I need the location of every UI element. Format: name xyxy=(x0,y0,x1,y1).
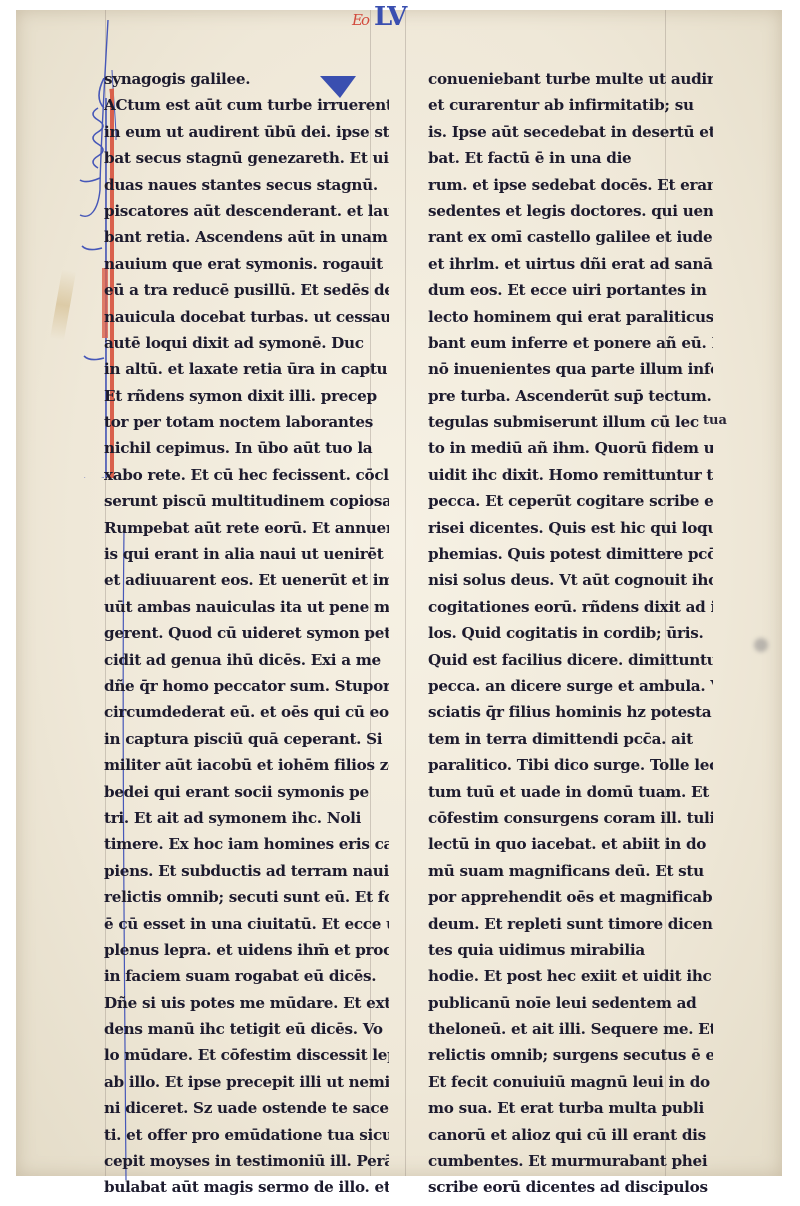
text-line: bant eum inferre et ponere añ eū. Et xyxy=(428,330,713,356)
text-line: plenus lepra. et uidens ihm̄ et procidēs xyxy=(104,937,389,963)
text-line: militer aūt iacobū et iohēm filios ze xyxy=(104,752,389,778)
text-line: eū a tra reducē pusillū. Et sedēs de xyxy=(104,277,389,303)
text-line: gerent. Quod cū uideret symon petrus. p xyxy=(104,620,389,646)
text-line: cumbentes. Et murmurabant phei et xyxy=(428,1148,713,1174)
text-line: sedentes et legis doctores. qui uene xyxy=(428,198,713,224)
text-line: dens manū ihc tetigit eū dicēs. Vo xyxy=(104,1016,389,1042)
text-line: duas naues stantes secus stagnū. xyxy=(104,172,389,198)
text-line: bat. Et factū ē in una die xyxy=(428,145,713,171)
text-line: por apprehendit oēs et magnificabāt xyxy=(428,884,713,910)
text-line: et ihrlm. et uirtus dñi erat ad sanā xyxy=(428,251,713,277)
text-line: cepit moyses in testimoniū ill. Perām xyxy=(104,1148,389,1174)
running-header-prefix: Eo xyxy=(352,11,368,29)
text-line: tem in terra dimittendi pcc̄a. ait xyxy=(428,726,713,752)
text-line: Rumpebat aūt rete eorū. Et annuerunt soc… xyxy=(104,515,389,541)
text-line: in faciem suam rogabat eū dicēs. xyxy=(104,963,389,989)
text-line: nō inuenientes qua parte illum inferrent xyxy=(428,356,713,382)
text-line: ab illo. Et ipse precepit illi ut nemi xyxy=(104,1069,389,1095)
text-line: et adiuuarent eos. Et uenerūt et imple xyxy=(104,567,389,593)
text-line: Dñe si uis potes me mūdare. Et extē xyxy=(104,990,389,1016)
left-text-column: synagogis galilee. ACtum est aūt cum tur… xyxy=(104,66,389,1201)
text-line: mo sua. Et erat turba multa publi xyxy=(428,1095,713,1121)
ink-smudge xyxy=(754,638,768,652)
text-line: nauium que erat symonis. rogauit xyxy=(104,251,389,277)
text-line: serunt piscū multitudinem copiosam. xyxy=(104,488,389,514)
text-line: relictis omnib; secuti sunt eū. Et fcm̄ xyxy=(104,884,389,910)
text-line: dñe q̄r homo peccator sum. Stupor. n. xyxy=(104,673,389,699)
text-line: is. Ipse aūt secedebat in desertū et ora xyxy=(428,119,713,145)
text-line: pecca. Et ceperūt cogitare scribe et pha xyxy=(428,488,713,514)
running-header-title: LV xyxy=(374,2,405,32)
text-line: xabo rete. Et cū hec fecissent. cōclu xyxy=(104,462,389,488)
text-line: piscatores aūt descenderant. et laua xyxy=(104,198,389,224)
text-line: bat secus stagnū genezareth. Et uid xyxy=(104,145,389,171)
text-line: Et fecit conuiuiū magnū leui in do xyxy=(428,1069,713,1095)
text-line: in altū. et laxate retia ūra in captu xyxy=(104,356,389,382)
text-line: in eum ut audirent ūbū dei. ipse sta xyxy=(104,119,389,145)
text-line: lectū in quo iacebat. et abiit in do xyxy=(428,831,713,857)
text-line: sciatis q̄r filius hominis hz potesta xyxy=(428,699,713,725)
text-line: piens. Et subductis ad terram nauib; xyxy=(104,858,389,884)
text-line: tes quia uidimus mirabilia xyxy=(428,937,713,963)
text-line: cidit ad genua ihū dicēs. Exi a me xyxy=(104,647,389,673)
text-line: is qui erant in alia naui ut uenirēt xyxy=(104,541,389,567)
text-line: rum. et ipse sedebat docēs. Et erant pha xyxy=(428,172,713,198)
text-line: conueniebant turbe multe ut audirēt xyxy=(428,66,713,92)
text-line: ni diceret. Sz uade ostende te sacerdo xyxy=(104,1095,389,1121)
text-line: theloneū. et ait illi. Sequere me. Et xyxy=(428,1016,713,1042)
text-line: pecca. an dicere surge et ambula. Vt aūt xyxy=(428,673,713,699)
running-header: EoLV xyxy=(352,2,405,32)
text-line: cōfestim consurgens coram ill. tulit xyxy=(428,805,713,831)
text-line: mū suam magnificans deū. Et stu xyxy=(428,858,713,884)
text-line: bulabat aūt magis sermo de illo. et xyxy=(104,1174,389,1200)
text-line: publicanū noīe leui sedentem ad xyxy=(428,990,713,1016)
text-line: los. Quid cogitatis in cordib; ūris. xyxy=(428,620,713,646)
text-line: pre turba. Ascenderūt sup̄ tectum. et p xyxy=(428,383,713,409)
text-line: paralitico. Tibi dico surge. Tolle lec xyxy=(428,752,713,778)
text-line: tri. Et ait ad symonem ihc. Noli xyxy=(104,805,389,831)
text-line: nichil cepimus. In ūbo aūt tuo la xyxy=(104,435,389,461)
text-line: hodie. Et post hec exiit et uidit ihc xyxy=(428,963,713,989)
text-line: uūt ambas nauiculas ita ut pene mi xyxy=(104,594,389,620)
text-line: ti. et offer pro emūdatione tua sicut p̄ xyxy=(104,1122,389,1148)
text-line: relictis omnib; surgens secutus ē eū. xyxy=(428,1042,713,1068)
text-line: deum. Et repleti sunt timore dicen xyxy=(428,911,713,937)
marginal-correction: tua xyxy=(703,413,727,428)
text-line: tum tuū et uade in domū tuam. Et xyxy=(428,779,713,805)
text-line: to in mediū añ ihm. Quorū fidem ut xyxy=(428,435,713,461)
text-line: Et rñdens symon dixit illi. precep xyxy=(104,383,389,409)
text-line: rant ex omī castello galilee et iude xyxy=(428,224,713,250)
text-line: tor per totam noctem laborantes xyxy=(104,409,389,435)
right-text-column: conueniebant turbe multe ut audirēt et c… xyxy=(428,66,713,1201)
text-line: dum eos. Et ecce uiri portantes in xyxy=(428,277,713,303)
text-line: phemias. Quis potest dimittere pcc̄a xyxy=(428,541,713,567)
text-line: timere. Ex hoc iam homines eris ca xyxy=(104,831,389,857)
text-line: ē cū esset in una ciuitatū. Et ecce uir xyxy=(104,911,389,937)
text-line: lo mūdare. Et cōfestim discessit lep xyxy=(104,1042,389,1068)
ruling-line xyxy=(405,10,406,1176)
text-line: et curarentur ab infirmitatib; su xyxy=(428,92,713,118)
text-line: scribe eorū dicentes ad discipulos ei xyxy=(428,1174,713,1200)
text-line: nisi solus deus. Vt aūt cognouit ihc xyxy=(428,567,713,593)
text-line: bedei qui erant socii symonis pe xyxy=(104,779,389,805)
text-line: ACtum est aūt cum turbe irruerent xyxy=(104,92,389,118)
text-line: autē loqui dixit ad symonē. Duc xyxy=(104,330,389,356)
text-line: synagogis galilee. xyxy=(104,66,389,92)
text-line: circumdederat eū. et oēs qui cū eo erāt xyxy=(104,699,389,725)
text-line: tegulas submiserunt illum cū lec xyxy=(428,409,713,435)
text-line: nauicula docebat turbas. ut cessauit xyxy=(104,304,389,330)
text-line: canorū et alioz qui cū ill erant dis xyxy=(428,1122,713,1148)
text-line: bant retia. Ascendens aūt in unam xyxy=(104,224,389,250)
text-line: in captura pisciū quā ceperant. Si xyxy=(104,726,389,752)
text-line: cogitationes eorū. rñdens dixit ad il xyxy=(428,594,713,620)
text-line: risei dicentes. Quis est hic qui loquitu… xyxy=(428,515,713,541)
text-line: uidit ihc dixit. Homo remittuntur t xyxy=(428,462,713,488)
text-line: Quid est facilius dicere. dimittuntur t xyxy=(428,647,713,673)
text-line: lecto hominem qui erat paraliticus. et q… xyxy=(428,304,713,330)
